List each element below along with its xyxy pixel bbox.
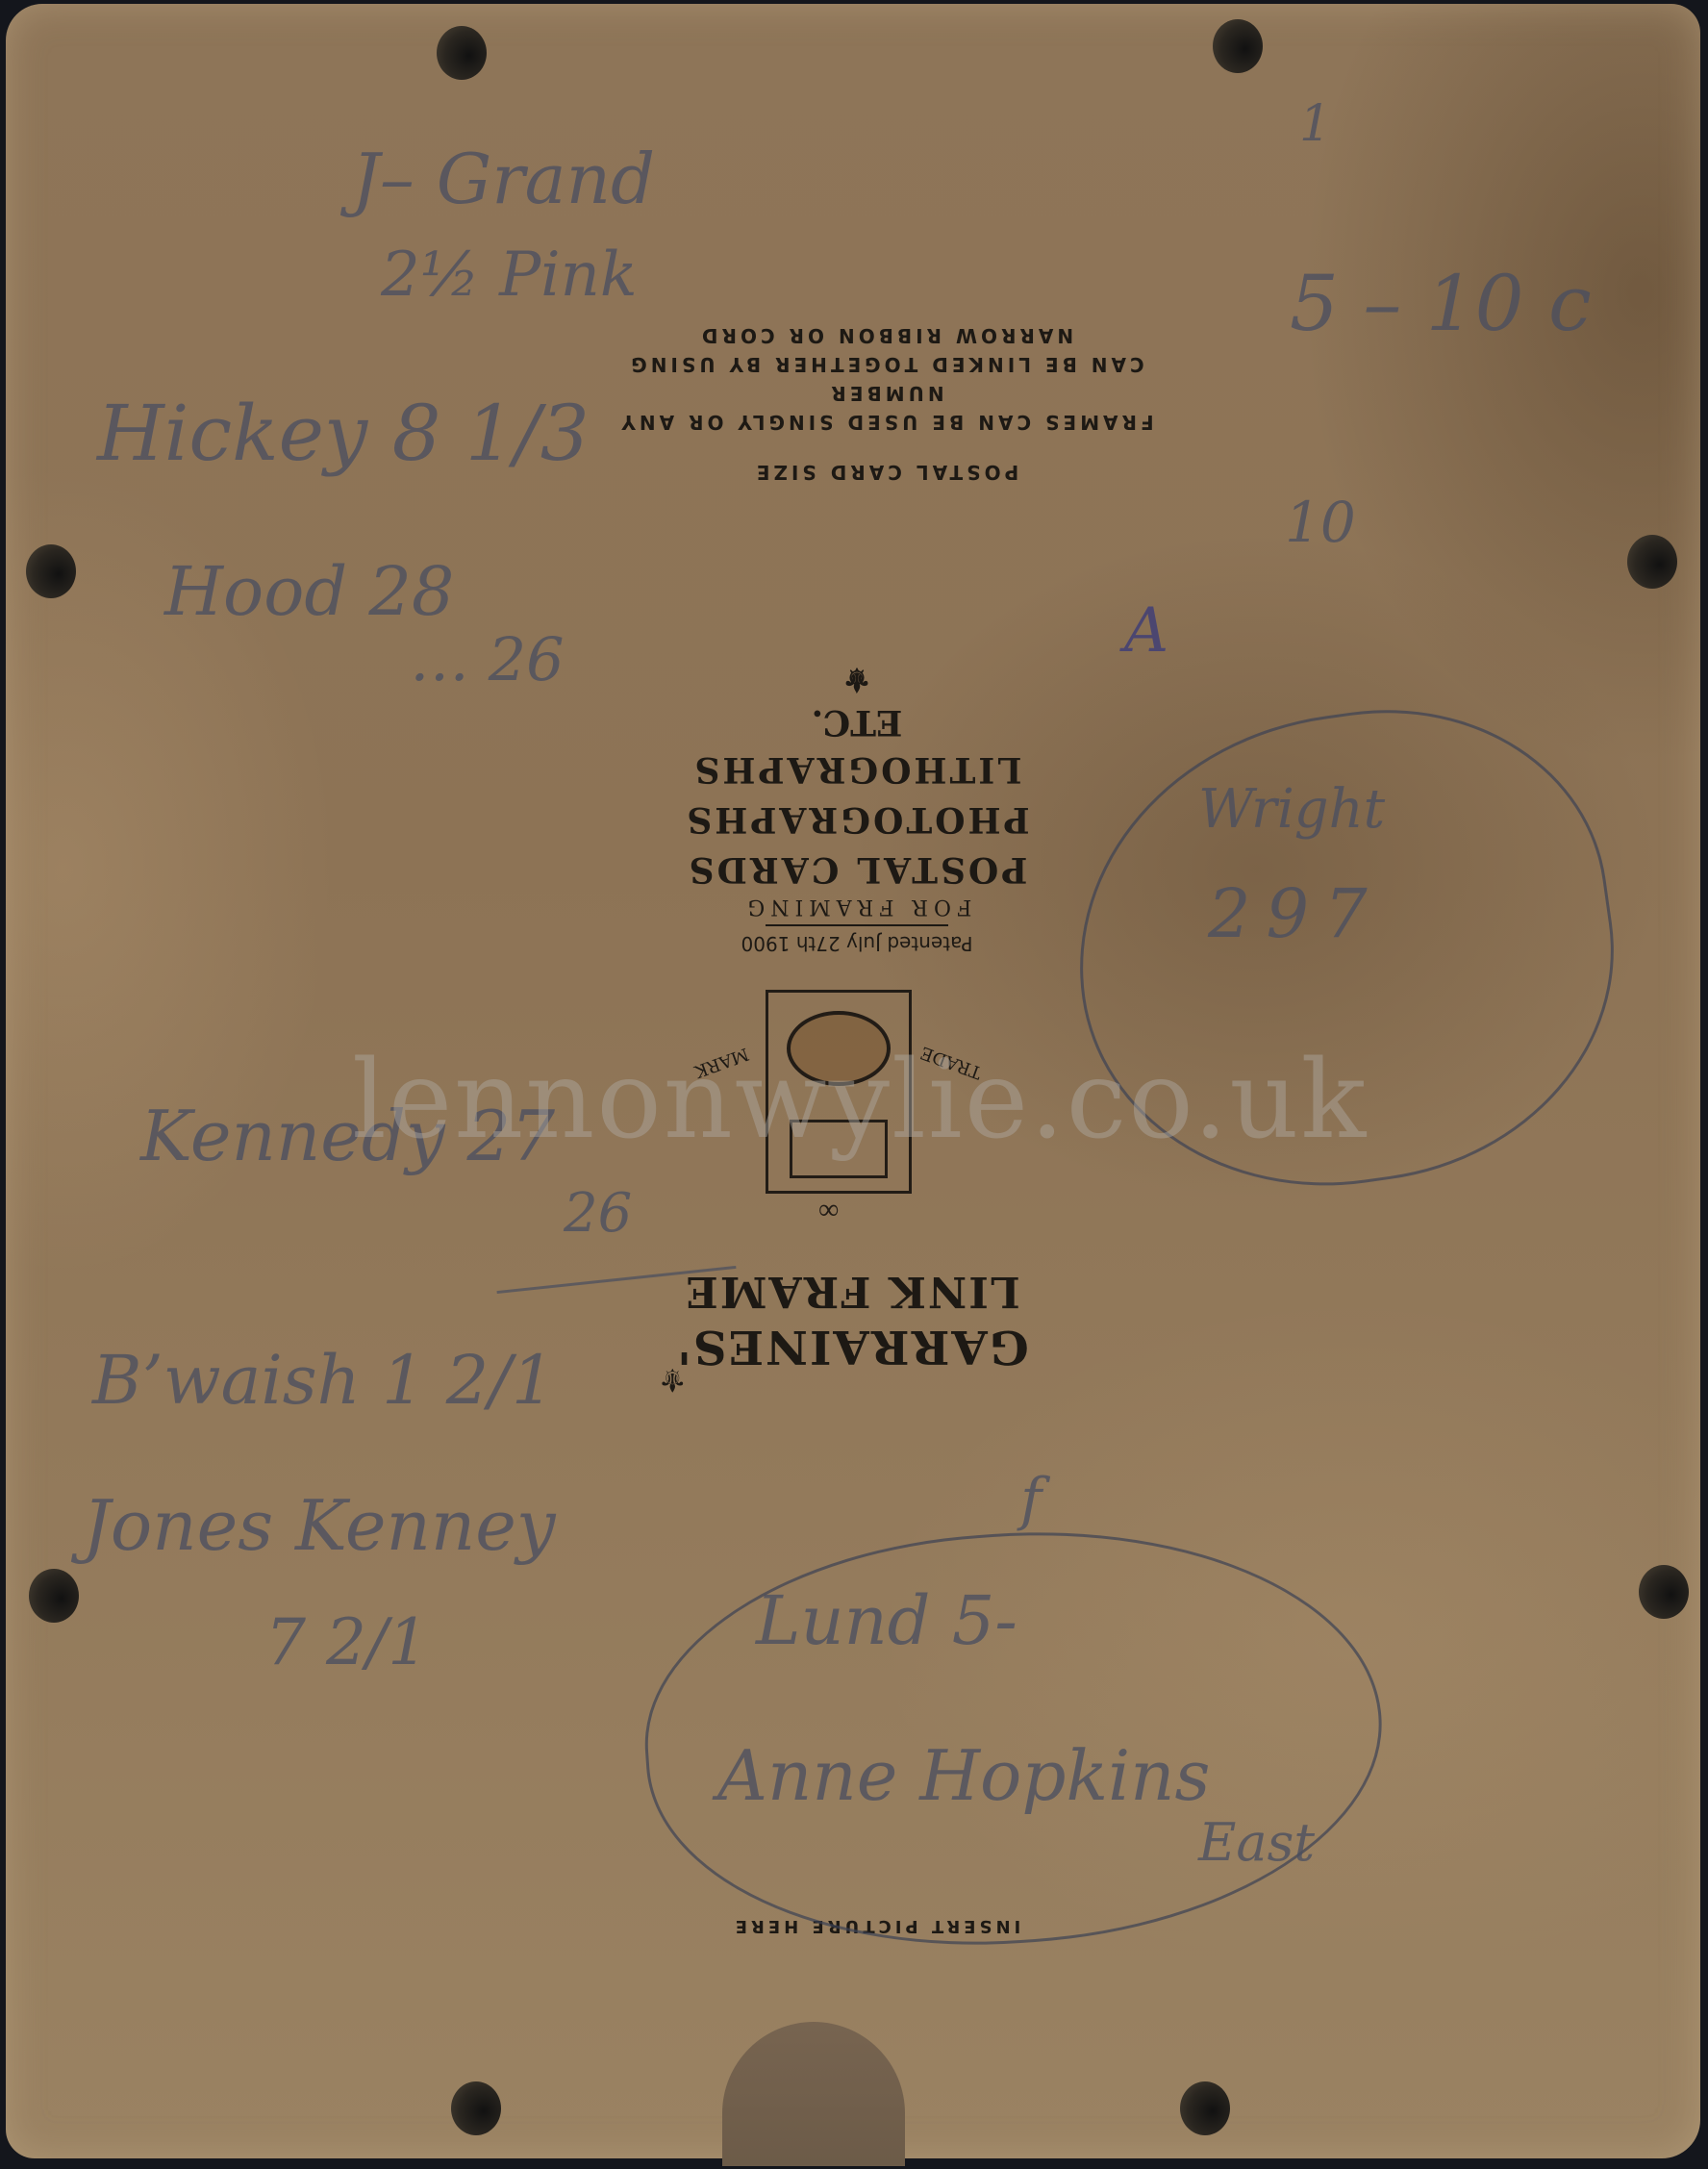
punch-hole-mid-left <box>26 544 76 598</box>
for-framing-text: FOR FRAMING <box>640 895 1073 919</box>
punch-hole-top-left <box>437 26 487 80</box>
punch-hole-mid-right <box>1627 535 1677 589</box>
brand-logo: GARRAINES' LINK FRAME <box>621 1264 1083 1375</box>
divider-ornament <box>766 924 948 926</box>
printed-center-block: Patented July 27th 1900 FOR FRAMING POST… <box>640 658 1073 955</box>
note-left-4: Hood 28 <box>164 552 454 631</box>
printed-instructions: POSTAL CARD SIZE FRAMES CAN BE USED SING… <box>559 321 1213 487</box>
note-left-3: Hickey 8 1/3 <box>97 389 590 478</box>
note-left-7: 26 <box>564 1182 632 1245</box>
postal-card-size-text: POSTAL CARD SIZE <box>559 458 1213 487</box>
instructions-line-3: NARROW RIBBON OR CORD <box>559 321 1213 350</box>
note-top-left-1: J– Grand <box>352 139 655 219</box>
note-circle-bottom-1: Lund 5- <box>756 1581 1017 1660</box>
note-circle-bottom-3: East <box>1198 1812 1315 1873</box>
frame-back-card: POSTAL CARD SIZE FRAMES CAN BE USED SING… <box>6 4 1700 2158</box>
brand-line-1: GARRAINES' <box>621 1318 1083 1375</box>
punch-hole-lower-left <box>29 1569 79 1623</box>
punch-hole-lower-right <box>1639 1565 1689 1619</box>
fleur-de-lis-icon: ⚜ <box>640 658 1073 700</box>
fleur-de-lis-icon: ⚜ <box>658 1360 687 1399</box>
watermark: lennonwylie.co.uk <box>352 1038 1368 1163</box>
lithographs-text: LITHOGRAPHS <box>640 744 1073 794</box>
postal-cards-text: POSTAL CARDS <box>640 845 1073 895</box>
punch-hole-bottom-left <box>451 2081 501 2135</box>
instructions-line-1: FRAMES CAN BE USED SINGLY OR ANY NUMBER <box>559 379 1213 437</box>
picture-insert-notch <box>722 2022 905 2166</box>
note-circle-bottom-2: Anne Hopkins <box>717 1735 1210 1816</box>
blue-ink-mark: A <box>1124 595 1168 667</box>
photographs-text: PHOTOGRAPHS <box>640 794 1073 845</box>
etc-text: ETC. <box>640 700 1073 744</box>
punch-hole-bottom-right <box>1180 2081 1230 2135</box>
instructions-line-2: CAN BE LINKED TOGETHER BY USING <box>559 350 1213 379</box>
note-left-5: … 26 <box>410 624 565 694</box>
note-left-10: 7 2/1 <box>265 1605 428 1679</box>
note-circle-right-1: Wright <box>1198 778 1385 841</box>
note-right-2: 5 – 10 c <box>1290 259 1592 348</box>
note-left-9: Jones Kenney <box>83 1485 556 1566</box>
note-right-1: 1 <box>1299 95 1331 153</box>
punch-hole-top-right <box>1213 19 1263 73</box>
note-top-left-2: 2½ Pink <box>381 240 638 311</box>
note-circle-bottom-top: f <box>1020 1466 1042 1533</box>
note-circle-right-2: 297 <box>1208 874 1383 953</box>
note-right-3: 10 <box>1285 490 1356 555</box>
patent-text: Patented July 27th 1900 <box>640 932 1073 955</box>
note-left-8: B’waish 1 2/1 <box>92 1341 554 1420</box>
illustration-bow: ∞ <box>818 1194 839 1226</box>
